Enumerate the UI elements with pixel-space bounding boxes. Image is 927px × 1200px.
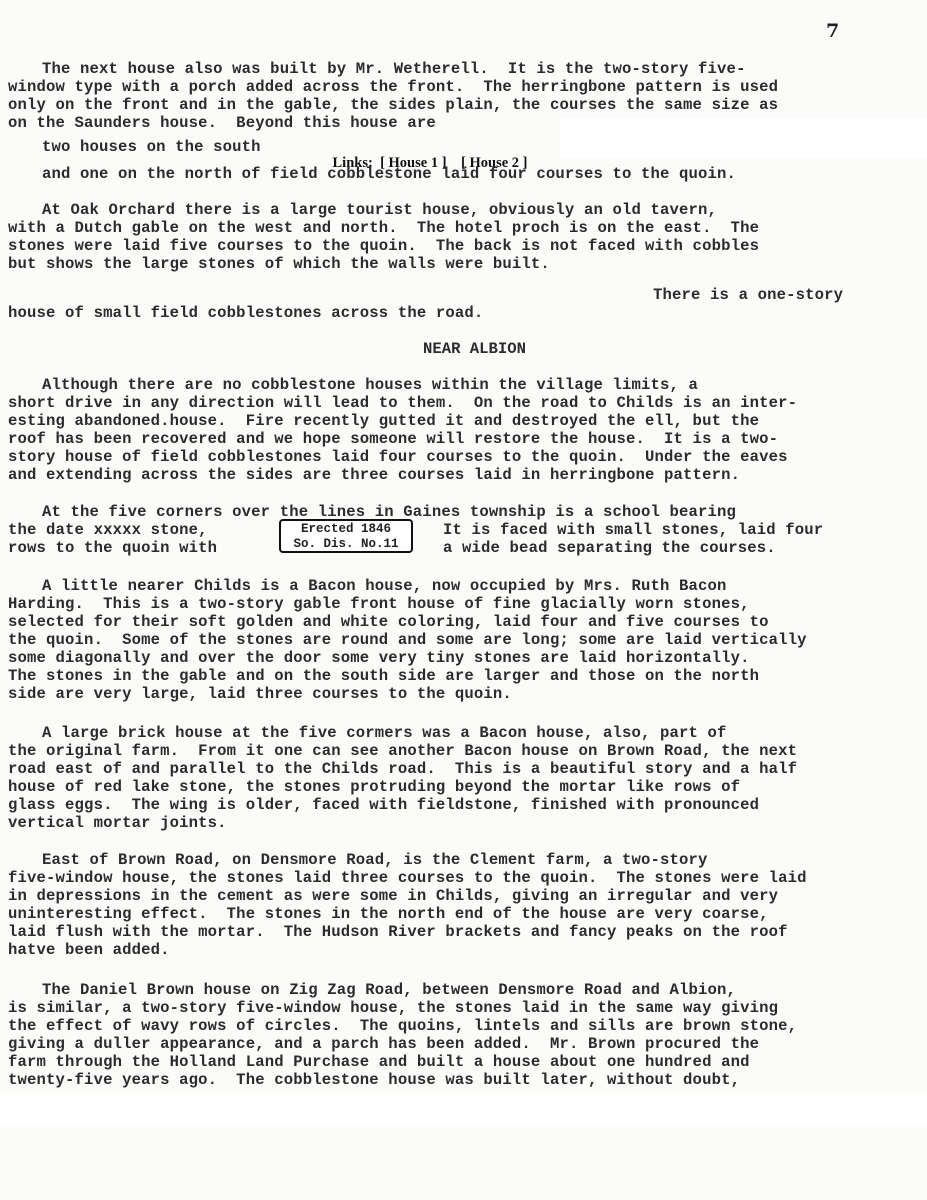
text-line: is similar, a two-story five-window hous… <box>8 999 778 1017</box>
page-number: 7 <box>826 20 839 42</box>
text-line: some diagonally and over the door some v… <box>8 649 750 667</box>
scan-whiteout <box>560 118 927 158</box>
text-line: The stones in the gable and on the south… <box>8 667 759 685</box>
text-line: stones were laid five courses to the quo… <box>8 237 759 255</box>
text-line: only on the front and in the gable, the … <box>8 96 778 114</box>
text-line: twenty-five years ago. The cobblestone h… <box>8 1071 740 1089</box>
text-line: with a Dutch gable on the west and north… <box>8 219 759 237</box>
inscription-line-2: So. Dis. No.11 <box>281 537 411 552</box>
inscription-line-1: Erected 1846 <box>281 522 411 537</box>
text-line: At Oak Orchard there is a large tourist … <box>42 201 717 219</box>
text-line: Although there are no cobblestone houses… <box>42 376 698 394</box>
text-line: story house of field cobblestones laid f… <box>8 448 788 466</box>
section-heading: NEAR ALBION <box>423 340 526 358</box>
text-line: farm through the Holland Land Purchase a… <box>8 1053 750 1071</box>
text-line: five-window house, the stones laid three… <box>8 869 807 887</box>
text-line: two houses on the south <box>42 138 261 156</box>
text-line: on the Saunders house. Beyond this house… <box>8 114 436 132</box>
text-line: Harding. This is a two-story gable front… <box>8 595 750 613</box>
text-line: rows to the quoin with <box>8 539 217 557</box>
text-line: glass eggs. The wing is older, faced wit… <box>8 796 759 814</box>
date-stone-inscription: Erected 1846 So. Dis. No.11 <box>279 519 413 553</box>
text-line: and one on the north of field cobbleston… <box>42 165 736 183</box>
text-line: There is a one-story <box>653 286 843 304</box>
text-line: in depressions in the cement as were som… <box>8 887 778 905</box>
text-line: A little nearer Childs is a Bacon house,… <box>42 577 727 595</box>
text-line: hatve been added. <box>8 941 170 959</box>
document-page: 7 The next house also was built by Mr. W… <box>0 0 927 1200</box>
text-line: window type with a porch added across th… <box>8 78 778 96</box>
text-line: giving a duller appearance, and a parch … <box>8 1035 759 1053</box>
text-line: road east of and parallel to the Childs … <box>8 760 797 778</box>
text-line: the quoin. Some of the stones are round … <box>8 631 807 649</box>
scan-whiteout <box>0 1095 927 1125</box>
text-line: house of red lake stone, the stones prot… <box>8 778 740 796</box>
text-line: A large brick house at the five cormers … <box>42 724 727 742</box>
text-line: the date xxxxx stone, <box>8 521 208 539</box>
text-line: It is faced with small stones, laid four <box>443 521 823 539</box>
text-line: side are very large, laid three courses … <box>8 685 512 703</box>
text-line: short drive in any direction will lead t… <box>8 394 797 412</box>
text-line: house of small field cobblestones across… <box>8 304 483 322</box>
text-line: selected for their soft golden and white… <box>8 613 769 631</box>
text-line: the effect of wavy rows of circles. The … <box>8 1017 797 1035</box>
text-line: a wide bead separating the courses. <box>443 539 776 557</box>
text-line: The Daniel Brown house on Zig Zag Road, … <box>42 981 736 999</box>
text-line: The next house also was built by Mr. Wet… <box>42 60 746 78</box>
text-line: vertical mortar joints. <box>8 814 227 832</box>
text-line: but shows the large stones of which the … <box>8 255 550 273</box>
text-line: the original farm. From it one can see a… <box>8 742 797 760</box>
text-line: and extending across the sides are three… <box>8 466 740 484</box>
text-line: uninteresting effect. The stones in the … <box>8 905 769 923</box>
text-line: roof has been recovered and we hope some… <box>8 430 778 448</box>
text-line: laid flush with the mortar. The Hudson R… <box>8 923 788 941</box>
text-line: esting abandoned.house. Fire recently gu… <box>8 412 759 430</box>
text-line: East of Brown Road, on Densmore Road, is… <box>42 851 708 869</box>
